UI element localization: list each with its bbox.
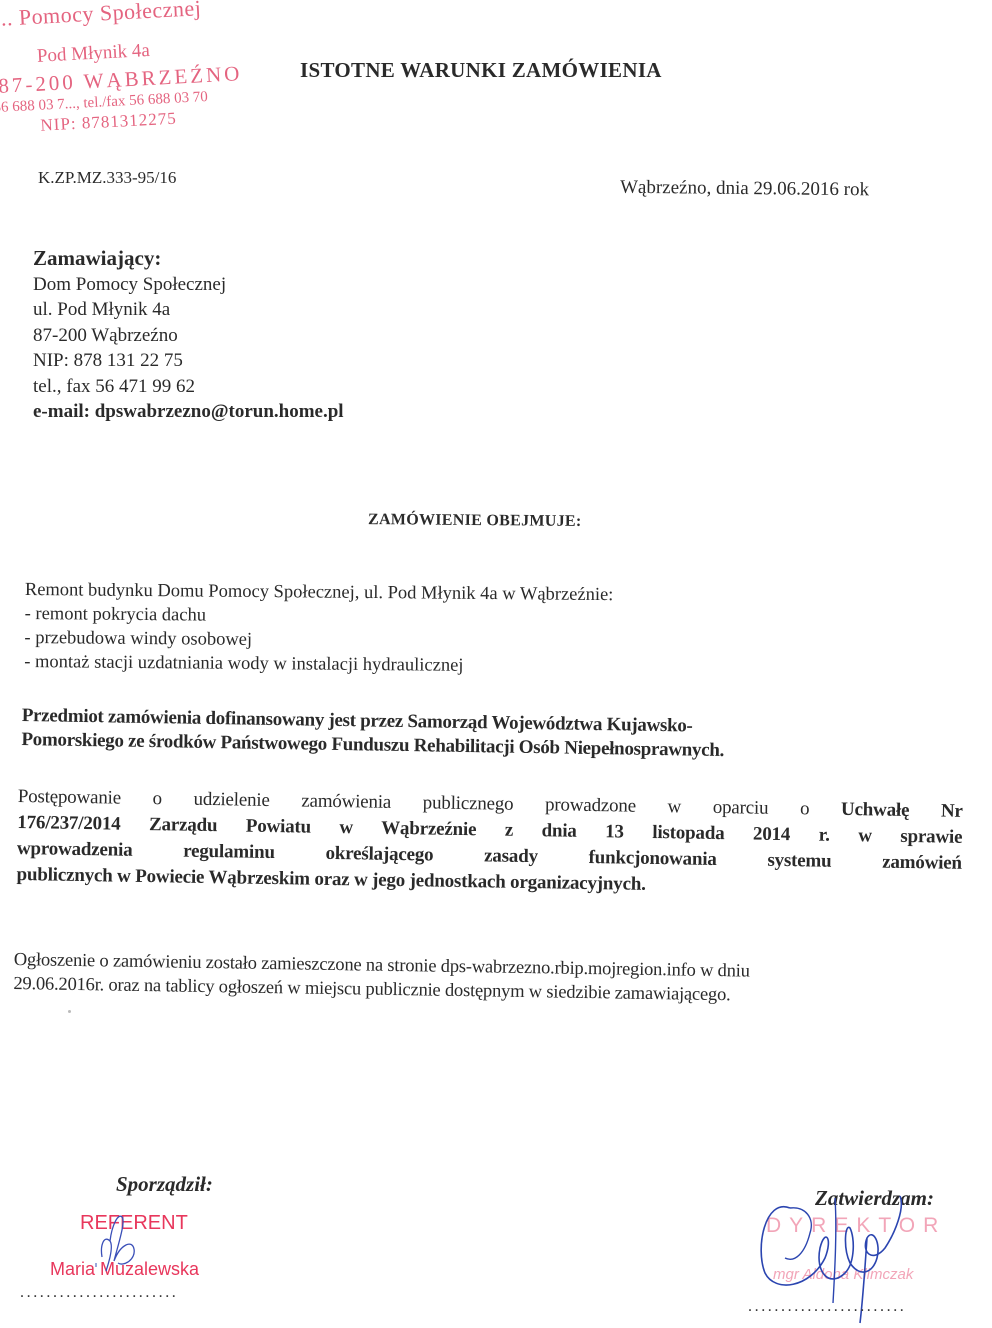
resolution-reference: Uchwałę Nr [841,799,963,822]
director-stamp-title: DYREKTOR [766,1214,946,1238]
scan-speck [68,1010,71,1013]
stamp-line-name: ... Pomocy Społecznej [0,0,202,32]
prepared-by-signature-line: ........................ [20,1284,178,1302]
place-and-date: Wąbrzeźno, dnia 29.06.2016 rok [620,177,869,202]
director-stamp-name: mgr Aldona Klimczak [773,1266,913,1283]
orderer-heading: Zamawiający: [33,246,344,272]
orderer-block: Zamawiający: Dom Pomocy Społecznej ul. P… [33,246,344,425]
publication-notice: Ogłoszenie o zamówieniu zostało zamieszc… [13,948,949,1011]
approved-by-label: Zatwierdzam: [815,1186,934,1211]
scope-item: - montaż stacji uzdatniania wody w insta… [24,650,613,679]
referent-stamp-name: Maria Muzalewska [50,1259,199,1280]
funding-statement: Przedmiot zamówienia dofinansowany jest … [21,704,922,766]
stamp-line-street: Pod Młynik 4a [36,40,150,68]
scope-block: Remont budynku Domu Pomocy Społecznej, u… [24,578,613,679]
referent-stamp-title: REFERENT [80,1212,188,1235]
orderer-phone: tel., fax 56 471 99 62 [33,374,344,400]
document-title: ISTOTNE WARUNKI ZAMÓWIENIA [300,58,662,83]
institution-stamp: ... Pomocy Społecznej Pod Młynik 4a 87-2… [0,0,290,132]
orderer-street: ul. Pod Młynik 4a [33,297,344,323]
scope-heading: ZAMÓWIENIE OBEJMUJE: [368,511,582,531]
orderer-email: e-mail: dpswabrzezno@torun.home.pl [33,399,344,425]
orderer-name: Dom Pomocy Społecznej [33,272,344,298]
prepared-by-label: Sporządził: [116,1172,213,1197]
orderer-city: 87-200 Wąbrzeźno [33,323,344,349]
approved-by-signature-line: ........................ [748,1298,906,1316]
orderer-nip: NIP: 878 131 22 75 [33,348,344,374]
procedure-paragraph: Postępowanie o udzielenie zamówienia pub… [16,784,963,903]
reference-number: K.ZP.MZ.333-95/16 [38,168,176,188]
